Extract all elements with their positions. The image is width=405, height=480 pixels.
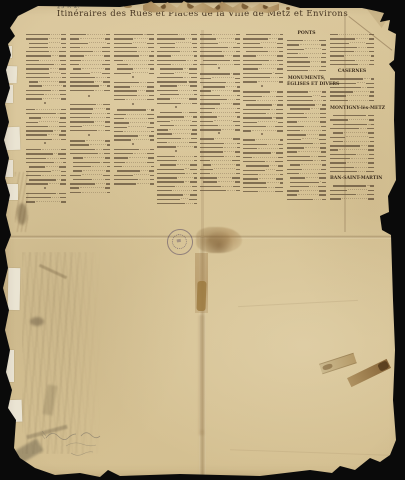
index-row [70, 123, 110, 127]
index-row [157, 44, 197, 48]
index-row [70, 154, 110, 158]
fold-stain-streak [199, 315, 204, 435]
index-row [243, 149, 283, 153]
tape-patch [3, 400, 23, 423]
index-row [200, 153, 240, 157]
fold-stain-streak [200, 430, 204, 475]
index-column [157, 31, 197, 204]
index-row [157, 74, 197, 78]
index-row [200, 44, 240, 48]
index-row [287, 58, 326, 62]
index-row [330, 138, 374, 142]
index-row [243, 184, 283, 188]
index-row [70, 159, 110, 163]
dirt-smudge [11, 438, 44, 465]
index-row [157, 183, 197, 187]
index-column [70, 31, 110, 193]
index-row [114, 52, 154, 56]
index-row [70, 101, 110, 105]
index-row [157, 200, 197, 204]
index-row [330, 112, 374, 116]
index-row [70, 74, 110, 78]
index-row [287, 97, 326, 101]
tape-patch [4, 127, 21, 151]
index-row [70, 78, 110, 82]
index-row [114, 48, 154, 52]
index-row [157, 40, 197, 44]
index-row [114, 146, 154, 150]
index-row [26, 106, 66, 110]
index-row [26, 163, 66, 167]
index-row [114, 65, 154, 69]
index-row [287, 106, 326, 110]
index-row [70, 118, 110, 122]
index-row [330, 182, 374, 186]
paper-sheet: 25 R 2. Itinéraires des Rues et Places d… [0, 0, 405, 480]
index-row [70, 48, 110, 52]
index-row [200, 48, 240, 52]
index-row [330, 151, 374, 155]
index-row [200, 105, 240, 109]
index-row [243, 188, 283, 192]
index-row [26, 61, 66, 65]
index-row [26, 31, 66, 35]
index-row [114, 31, 154, 35]
index-row [287, 41, 326, 45]
index-row [70, 167, 110, 171]
index-row [200, 52, 240, 56]
scanned-document: 25 R 2. Itinéraires des Rues et Places d… [0, 0, 405, 480]
index-row [243, 74, 283, 78]
index-row [200, 88, 240, 92]
index-row [26, 168, 66, 172]
index-row [287, 161, 326, 165]
index-row [157, 191, 197, 195]
index-row [114, 128, 154, 132]
index-row [330, 129, 374, 133]
index-row [200, 35, 240, 39]
dirt-smudge-band [22, 252, 102, 454]
index-row [70, 114, 110, 118]
index-row [200, 140, 240, 144]
index-row [287, 140, 326, 144]
tape-patch [0, 46, 12, 58]
index-row [200, 118, 240, 122]
index-row [287, 136, 326, 140]
index-row [114, 163, 154, 167]
index-column [243, 31, 283, 192]
index-row [200, 57, 240, 61]
index-row [70, 142, 110, 146]
index-row [70, 146, 110, 150]
index-row [26, 74, 66, 78]
index-row [243, 89, 283, 93]
index-row [26, 83, 66, 87]
index-row [157, 139, 197, 143]
index-row [200, 161, 240, 165]
index-row [157, 87, 197, 91]
index-row [26, 78, 66, 82]
index-row [243, 65, 283, 69]
index-row [243, 44, 283, 48]
index-row [330, 57, 374, 61]
index-row [243, 123, 283, 127]
index-row [114, 115, 154, 119]
index-row [243, 48, 283, 52]
index-row [287, 153, 326, 157]
index-row [243, 52, 283, 56]
index-row [157, 83, 197, 87]
section-header: BAN-SAINT-MARTIN [330, 176, 374, 182]
index-row [114, 132, 154, 136]
index-row [157, 95, 197, 99]
tape-patch [1, 160, 13, 177]
index-row [200, 40, 240, 44]
index-row [330, 48, 374, 52]
index-row [114, 79, 154, 83]
tape-patch [2, 66, 18, 84]
section-header: ÉGLISES ET DIVERS [287, 82, 326, 88]
index-row [200, 174, 240, 178]
index-row [26, 172, 66, 176]
index-row [243, 119, 283, 123]
index-row [157, 91, 197, 95]
index-row [114, 88, 154, 92]
index-row [287, 144, 326, 148]
index-row [26, 146, 66, 150]
index-row [70, 189, 110, 193]
round-stamp-icon [165, 227, 194, 256]
index-row [114, 35, 154, 39]
section-header: MONTIGNY-lès-METZ [330, 106, 374, 112]
index-row [200, 79, 240, 83]
index-row [330, 93, 374, 97]
index-row [157, 78, 197, 82]
index-row [157, 179, 197, 183]
index-row [330, 52, 374, 56]
index-row [157, 48, 197, 52]
index-row [157, 187, 197, 191]
index-row [200, 187, 240, 191]
index-row [287, 192, 326, 196]
index-row [330, 147, 374, 151]
ink-speck [390, 467, 392, 469]
index-row [157, 65, 197, 69]
index-row [200, 170, 240, 174]
index-row [26, 35, 66, 39]
index-row [287, 170, 326, 174]
index-row [157, 196, 197, 200]
index-row [114, 154, 154, 158]
index-row [26, 70, 66, 74]
index-row [70, 176, 110, 180]
index-row [70, 150, 110, 154]
index-row [70, 35, 110, 39]
index-row [330, 187, 374, 191]
glue-speck [286, 7, 290, 10]
index-row [26, 87, 66, 91]
index-row [70, 70, 110, 74]
index-row [200, 92, 240, 96]
index-row [157, 57, 197, 61]
index-row [114, 106, 154, 110]
index-row [26, 65, 66, 69]
index-row [114, 111, 154, 115]
index-row [26, 159, 66, 163]
index-row [243, 114, 283, 118]
index-row [287, 166, 326, 170]
index-row [200, 148, 240, 152]
index-row [330, 191, 374, 195]
vertical-fold-line-top [201, 30, 204, 236]
index-row [114, 180, 154, 184]
index-row [157, 118, 197, 122]
index-row [287, 196, 326, 200]
index-row [287, 187, 326, 191]
index-row [70, 172, 110, 176]
index-row [330, 125, 374, 129]
index-row [114, 57, 154, 61]
index-row [26, 119, 66, 123]
tape-patch [0, 350, 14, 382]
index-row [200, 157, 240, 161]
index-row [114, 92, 154, 96]
index-row [70, 163, 110, 167]
index-row [26, 110, 66, 114]
index-row [330, 35, 374, 39]
index-row [287, 93, 326, 97]
index-row [26, 127, 66, 131]
index-row [243, 97, 283, 101]
index-row [26, 155, 66, 159]
index-row [70, 40, 110, 44]
index-row [114, 124, 154, 128]
index-row [26, 194, 66, 198]
glue-stain [196, 227, 242, 253]
index-row [287, 157, 326, 161]
index-row [330, 40, 374, 44]
index-row [287, 88, 326, 92]
index-row [200, 109, 240, 113]
index-row [157, 135, 197, 139]
index-row [70, 31, 110, 35]
index-row [70, 110, 110, 114]
index-row [200, 83, 240, 87]
index-row [243, 145, 283, 149]
index-row [70, 44, 110, 48]
index-row [200, 113, 240, 117]
index-row [330, 44, 374, 48]
index-column [200, 31, 240, 191]
index-row [243, 61, 283, 65]
index-row [330, 134, 374, 138]
index-row [243, 110, 283, 114]
index-row [330, 75, 374, 79]
tape-stain-diagonal [319, 353, 357, 375]
index-row [243, 101, 283, 105]
index-row [157, 113, 197, 117]
index-row [114, 167, 154, 171]
index-row [70, 65, 110, 69]
index-row [157, 35, 197, 39]
index-row [157, 52, 197, 56]
index-row [287, 114, 326, 118]
crease-line [344, 12, 346, 232]
index-row [70, 180, 110, 184]
index-row [287, 110, 326, 114]
index-column: CASERNESMONTIGNY-lès-METZBAN-SAINT-MARTI… [330, 31, 374, 200]
index-row [26, 44, 66, 48]
index-row [243, 180, 283, 184]
index-row [243, 35, 283, 39]
index-row [157, 170, 197, 174]
crease-line [230, 449, 390, 456]
index-row [287, 63, 326, 67]
index-row [157, 122, 197, 126]
index-row [200, 70, 240, 74]
index-row [26, 57, 66, 61]
index-row [287, 127, 326, 131]
index-row [243, 93, 283, 97]
index-row [157, 161, 197, 165]
index-row [157, 31, 197, 35]
index-column [26, 31, 66, 203]
index-row [26, 123, 66, 127]
ink-speck [386, 459, 389, 462]
index-row [157, 174, 197, 178]
tape-patch [8, 268, 21, 310]
index-row [157, 153, 197, 157]
index-row [157, 131, 197, 135]
index-row [243, 106, 283, 110]
index-row [26, 150, 66, 154]
index-row [200, 31, 240, 35]
index-row [157, 70, 197, 74]
index-row [330, 88, 374, 92]
index-row [114, 40, 154, 44]
index-row [287, 149, 326, 153]
index-row [70, 52, 110, 56]
index-row [287, 174, 326, 178]
index-row [330, 80, 374, 84]
index-row [330, 121, 374, 125]
index-row [200, 166, 240, 170]
index-row [287, 46, 326, 50]
index-row [26, 48, 66, 52]
index-row [200, 96, 240, 100]
index-row [157, 166, 197, 170]
index-row [287, 118, 326, 122]
index-row [157, 109, 197, 113]
index-row [157, 61, 197, 65]
index-row [114, 44, 154, 48]
index-row [114, 176, 154, 180]
index-row [243, 31, 283, 35]
index-row [287, 183, 326, 187]
index-row [114, 61, 154, 65]
index-row [200, 183, 240, 187]
fold-stain-dark [196, 281, 206, 311]
tape-patch [2, 184, 18, 200]
index-row [330, 142, 374, 146]
glue-speck [124, 5, 132, 8]
index-row [26, 52, 66, 56]
index-row [330, 164, 374, 168]
index-row [243, 167, 283, 171]
index-row [243, 175, 283, 179]
index-row [243, 162, 283, 166]
index-row [200, 136, 240, 140]
index-row [243, 171, 283, 175]
index-row [114, 172, 154, 176]
index-row [287, 50, 326, 54]
index-row [114, 150, 154, 154]
index-row [287, 101, 326, 105]
index-column: PONTSMONUMENTS,ÉGLISES ET DIVERS [287, 31, 326, 200]
index-row [26, 176, 66, 180]
dirt-smudge [30, 317, 44, 326]
index-row [70, 57, 110, 61]
index-row [243, 141, 283, 145]
index-row [26, 132, 66, 136]
crease-line [238, 300, 358, 307]
index-column [114, 31, 154, 185]
index-row [26, 40, 66, 44]
index-row [114, 83, 154, 87]
index-row [26, 114, 66, 118]
index-row [26, 91, 66, 95]
index-row [287, 37, 326, 41]
index-row [243, 57, 283, 61]
index-row [330, 195, 374, 199]
index-row [287, 123, 326, 127]
index-row [157, 157, 197, 161]
index-row [243, 70, 283, 74]
index-row [243, 154, 283, 158]
index-row [330, 159, 374, 163]
dirt-smudge [17, 203, 27, 225]
index-row [70, 105, 110, 109]
index-row [200, 100, 240, 104]
index-row [330, 116, 374, 120]
index-row [70, 137, 110, 141]
index-row [70, 83, 110, 87]
index-row [243, 158, 283, 162]
pencil-scribbles [40, 425, 122, 461]
index-row [243, 40, 283, 44]
index-row [26, 198, 66, 202]
index-row [287, 131, 326, 135]
index-row [200, 122, 240, 126]
index-row [26, 190, 66, 194]
index-row [200, 75, 240, 79]
index-row [200, 179, 240, 183]
index-row [330, 84, 374, 88]
index-row [287, 179, 326, 183]
index-row [200, 144, 240, 148]
tape-patch [1, 85, 13, 103]
index-row [243, 137, 283, 141]
index-row [114, 119, 154, 123]
index-row [330, 155, 374, 159]
index-row [157, 126, 197, 130]
index-row [70, 185, 110, 189]
index-row [70, 61, 110, 65]
index-row [114, 159, 154, 163]
